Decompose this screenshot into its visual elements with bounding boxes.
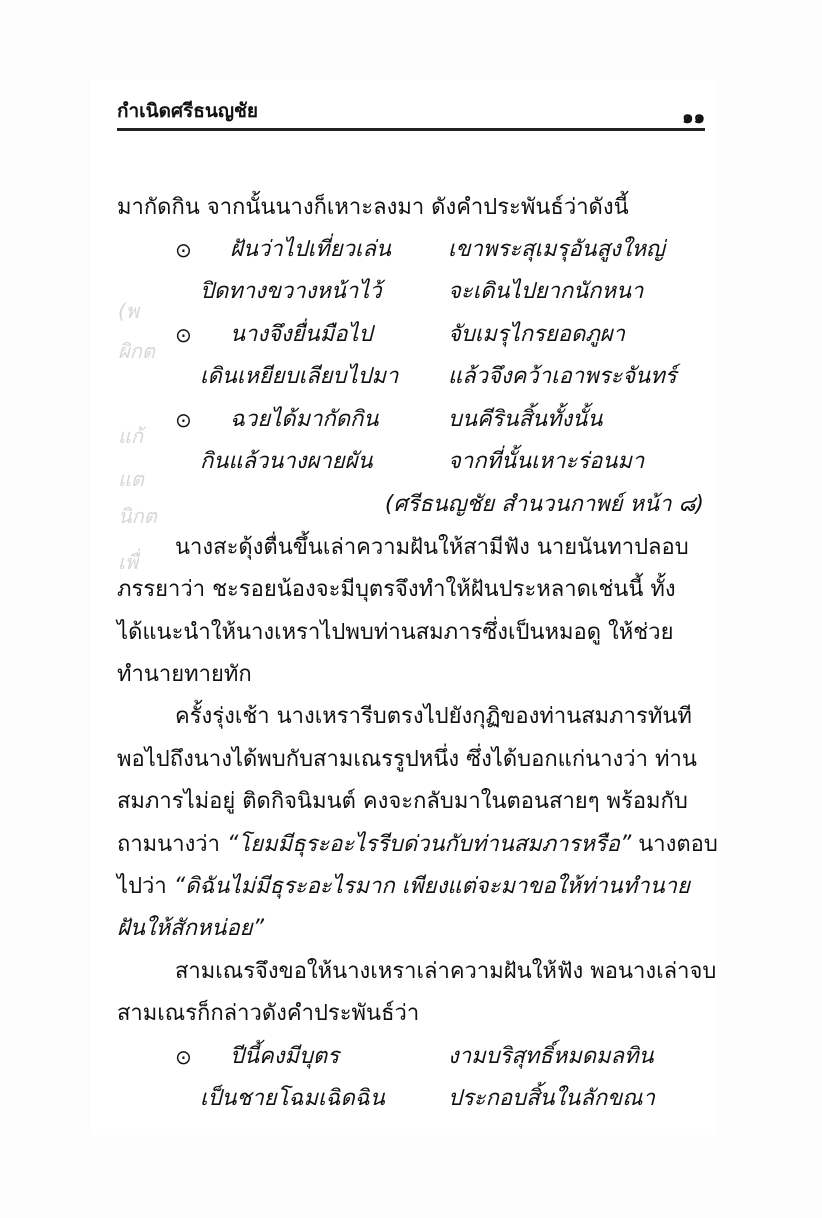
verse-right: ประกอบสิ้นในลักขณา (448, 1084, 655, 1114)
body-line: ทำนายทายทัก (117, 660, 252, 690)
verse-right: จับเมรุไกรยอดภูผา (448, 320, 625, 350)
header-rule (117, 128, 705, 131)
book-page: (พ ผิกต แก้ แต นิกต เพื่ กำเนิดศรีธนญชัย… (90, 80, 716, 1135)
bleed-through-text: (พ (118, 295, 139, 327)
running-header: กำเนิดศรีธนญชัย ๑๑ (117, 96, 705, 130)
line-text: นางตอบ (631, 832, 718, 857)
verse-bullet-icon: ⊙ (175, 1042, 192, 1072)
line-text: ถามนางว่า (117, 832, 227, 857)
verse-left: นางจึงยื่นมือไป (230, 320, 372, 350)
quoted-speech: “โยมมีธุระอะไรรีบด่วนกับท่านสมภารหรือ” (227, 832, 631, 857)
verse-right: จากที่นั้นเหาะร่อนมา (448, 447, 644, 477)
verse-left: ปีนี้คงมีบุตร (230, 1042, 339, 1072)
verse-right: บนคีรินสิ้นทั้งนั้น (448, 405, 602, 435)
body-line: ไปว่า “ดิฉันไม่มีธุระอะไรมาก เพียงแต่จะม… (117, 872, 690, 902)
body-line: สมภารไม่อยู่ ติดกิจนิมนต์ คงจะกลับมาในตอ… (117, 787, 688, 817)
bleed-through-text: แต (118, 463, 144, 495)
verse-left: เดินเหยียบเลียบไปมา (200, 362, 398, 392)
verse-left: กินแล้วนางผายผัน (200, 447, 373, 477)
verse-right: เขาพระสุเมรุอันสูงใหญ่ (448, 235, 665, 265)
verse-right: แล้วจึงคว้าเอาพระจันทร์ (448, 362, 677, 392)
bleed-through-text: นิกต (118, 500, 157, 532)
body-line: ครั้งรุ่งเช้า นางเหรารีบตรงไปยังกุฏิของท… (175, 702, 692, 732)
verse-right: จะเดินไปยากนักหนา (448, 277, 643, 307)
verse-bullet-icon: ⊙ (175, 405, 192, 435)
line-text: ไปว่า (117, 874, 174, 899)
quoted-speech: “ดิฉันไม่มีธุระอะไรมาก เพียงแต่จะมาขอให้… (174, 874, 690, 899)
bleed-through-text: เพื่ (118, 546, 138, 578)
verse-left: เป็นชายโฉมเฉิดฉิน (200, 1084, 385, 1114)
verse-right: งามบริสุทธิ์หมดมลทิน (448, 1042, 654, 1072)
verse-left: ฉวยได้มากัดกิน (230, 405, 378, 435)
body-line: ภรรยาว่า ชะรอยน้องจะมีบุตรจึงทำให้ฝันประ… (117, 575, 676, 605)
body-line: ได้แนะนำให้นางเหราไปพบท่านสมภารซึ่งเป็นห… (117, 618, 673, 648)
body-line: สามเณรก็กล่าวดังคำประพันธ์ว่า (117, 999, 419, 1029)
chapter-title: กำเนิดศรีธนญชัย (117, 96, 258, 126)
citation: (ศรีธนญชัย สำนวนกาพย์ หน้า ๘) (385, 490, 704, 520)
body-line: พอไปถึงนางได้พบกับสามเณรรูปหนึ่ง ซึ่งได้… (117, 745, 697, 775)
body-line: สามเณรจึงขอให้นางเหราเล่าความฝันให้ฟัง พ… (175, 957, 716, 987)
verse-bullet-icon: ⊙ (175, 320, 192, 350)
bleed-through-text: ผิกต (118, 335, 155, 367)
bleed-through-text: แก้ (118, 420, 143, 452)
verse-left: ฝันว่าไปเที่ยวเล่น (230, 235, 391, 265)
verse-left: ปิดทางขวางหน้าไว้ (200, 277, 382, 307)
quoted-speech: ฝันให้สักหน่อย” (117, 914, 264, 944)
page-number: ๑๑ (682, 102, 705, 131)
body-line: มากัดกิน จากนั้นนางก็เหาะลงมา ดังคำประพั… (117, 193, 629, 223)
body-line: นางสะดุ้งตื่นขึ้นเล่าความฝันให้สามีฟัง น… (175, 533, 689, 563)
body-line: ถามนางว่า “โยมมีธุระอะไรรีบด่วนกับท่านสม… (117, 830, 718, 860)
verse-bullet-icon: ⊙ (175, 235, 192, 265)
